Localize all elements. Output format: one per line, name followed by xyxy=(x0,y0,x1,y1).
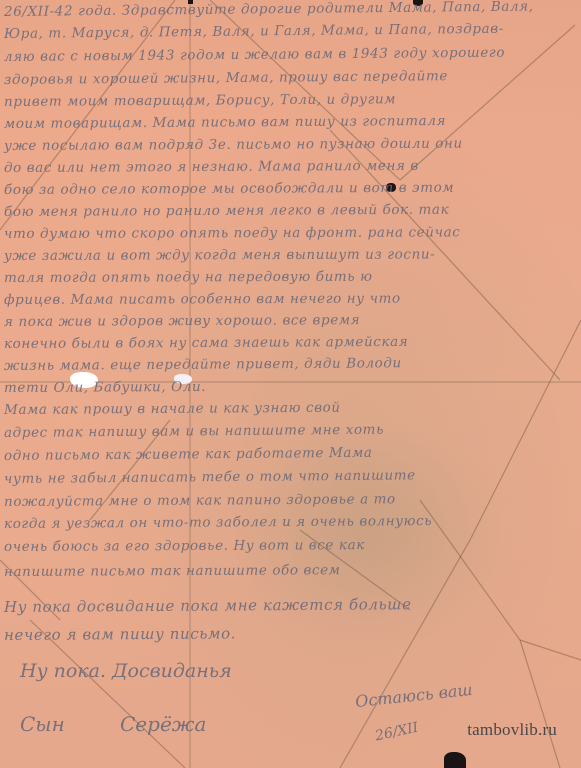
letter-line: я пока жив и здоров живу хорошо. все вре… xyxy=(4,312,360,330)
letter-line: Ну пока досвидание пока мне кажется боль… xyxy=(4,595,412,616)
letter-line: 26/XII-42 года. Здравствуйте дорогие род… xyxy=(4,0,534,20)
letter-line: чуть не забыл написать тебе о том что на… xyxy=(4,467,416,487)
letter-line: моим товарищам. Мама письмо вам пишу из … xyxy=(4,113,446,132)
signature-name: Серёжа xyxy=(120,712,206,736)
letter-line: таля тогда опять поеду на передовую бить… xyxy=(4,269,373,286)
letter-line: здоровья и хорошей жизни, Мама, прошу ва… xyxy=(4,68,448,88)
letter-line: бою за одно село которое мы освобождали … xyxy=(4,180,454,198)
letter-line: фрицев. Мама писать особенно вам нечего … xyxy=(4,291,401,308)
letter-line: бою меня ранило но ранило меня легко в л… xyxy=(4,202,449,220)
watermark: tambovlib.ru xyxy=(467,720,557,740)
letter-line: привет моим товарищам, Борису, Толи, и д… xyxy=(4,91,396,110)
letter-line: очень боюсь за его здоровье. Ну вот и вс… xyxy=(4,537,365,555)
letter-line: нечего я вам пишу письмо. xyxy=(4,624,236,644)
letter-line: Юра, т. Маруся, д. Петя, Валя, и Галя, М… xyxy=(4,21,504,42)
letter-line: что думаю что скоро опять поеду на фронт… xyxy=(4,224,460,242)
letter-line: Мама как прошу в начале и как узнаю свой xyxy=(4,400,341,418)
letter-line: ляю вас с новым 1943 годом и желаю вам в… xyxy=(4,45,505,65)
remain-yours: Остаюсь ваш xyxy=(354,680,473,711)
letter-line: уже посылаю вам подряд 3е. письмо но пуз… xyxy=(4,136,463,154)
letter-line: напишите письмо так напишите обо всем xyxy=(4,562,341,580)
letter-line: жизнь мама. еще передайте привет, дяди В… xyxy=(4,355,402,374)
letter-line: до вас или нет этого я незнаю. Мама рани… xyxy=(4,158,419,176)
letter-line: когда я уезжал он что-то заболел и я оче… xyxy=(4,513,432,532)
signature-label: Сын xyxy=(20,712,65,736)
farewell-line: Ну пока. Досвиданья xyxy=(20,660,232,682)
letter-line: адрес так напишу вам и вы напишите мне х… xyxy=(4,422,384,441)
letter-line: одно письмо как живете как работаете Мам… xyxy=(4,445,373,464)
letter-scan: 26/XII-42 года. Здравствуйте дорогие род… xyxy=(0,0,581,768)
letter-line: уже зажила и вот жду когда меня выпишут … xyxy=(4,246,435,264)
signature-date: 26/XII xyxy=(374,720,420,745)
letter-line: тети Оли, Бабушки, Оли. xyxy=(4,379,206,396)
stain-top xyxy=(0,0,581,130)
letter-line: конечно были в боях ну сама знаешь как а… xyxy=(4,334,408,352)
tear-bottom xyxy=(444,752,466,768)
letter-line: пожалуйста мне о том как папино здоровье… xyxy=(4,491,396,510)
